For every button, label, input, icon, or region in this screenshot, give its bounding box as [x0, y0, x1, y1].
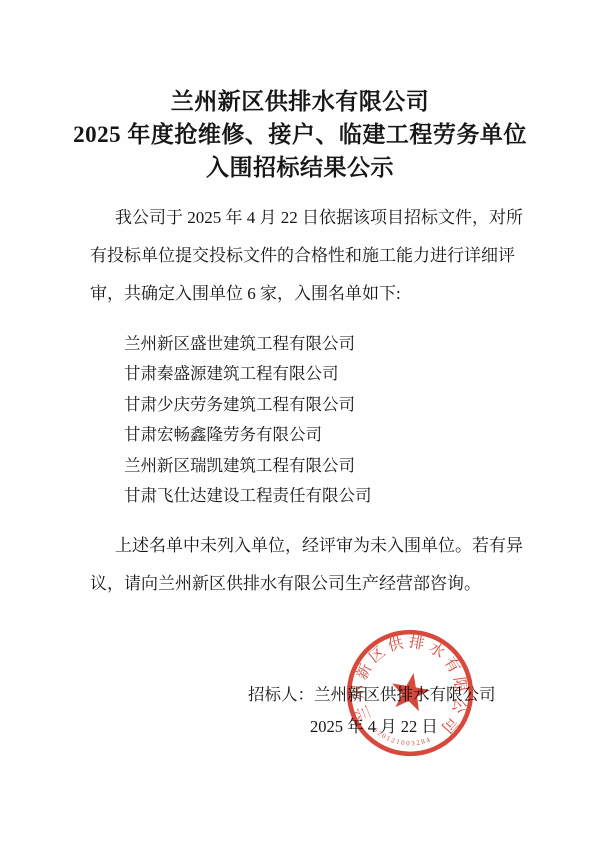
title-line-1: 兰州新区供排水有限公司 [0, 85, 600, 118]
company-list-item: 甘肃飞仕达建设工程责任有限公司 [124, 481, 372, 511]
closing-paragraph: 上述名单中未列入单位，经评审为未入围单位。若有异 议，请向兰州新区供排水有限公司… [90, 527, 550, 603]
intro-line: 我公司于 2025 年 4 月 22 日依据该项目招标文件，对所 [90, 199, 550, 237]
title-line-2: 2025 年度抢维修、接户、临建工程劳务单位 [0, 118, 600, 151]
document-title: 兰州新区供排水有限公司 2025 年度抢维修、接户、临建工程劳务单位 入围招标结… [0, 85, 600, 184]
document-page: 兰州新区供排水有限公司 2025 年度抢维修、接户、临建工程劳务单位 入围招标结… [0, 0, 600, 848]
intro-line: 审，共确定入围单位 6 家，入围名单如下: [90, 275, 550, 313]
bidder-signature-line: 招标人：兰州新区供排水有限公司 [248, 681, 496, 705]
title-line-3: 入围招标结果公示 [0, 151, 600, 184]
signature-date-line: 2025 年 4 月 22 日 [310, 713, 438, 737]
company-list-item: 甘肃秦盛源建筑工程有限公司 [124, 359, 372, 389]
company-list-item: 甘肃宏畅鑫隆劳务有限公司 [124, 420, 372, 450]
company-list-item: 甘肃少庆劳务建筑工程有限公司 [124, 390, 372, 420]
company-list-item: 兰州新区盛世建筑工程有限公司 [124, 329, 372, 359]
intro-line: 有投标单位提交投标文件的合格性和施工能力进行详细评 [90, 237, 550, 275]
intro-paragraph: 我公司于 2025 年 4 月 22 日依据该项目招标文件，对所 有投标单位提交… [90, 199, 550, 313]
shortlisted-company-list: 兰州新区盛世建筑工程有限公司 甘肃秦盛源建筑工程有限公司 甘肃少庆劳务建筑工程有… [124, 329, 372, 511]
closing-line: 议，请向兰州新区供排水有限公司生产经营部咨询。 [90, 565, 550, 603]
closing-line: 上述名单中未列入单位，经评审为未入围单位。若有异 [90, 527, 550, 565]
company-list-item: 兰州新区瑞凯建筑工程有限公司 [124, 451, 372, 481]
